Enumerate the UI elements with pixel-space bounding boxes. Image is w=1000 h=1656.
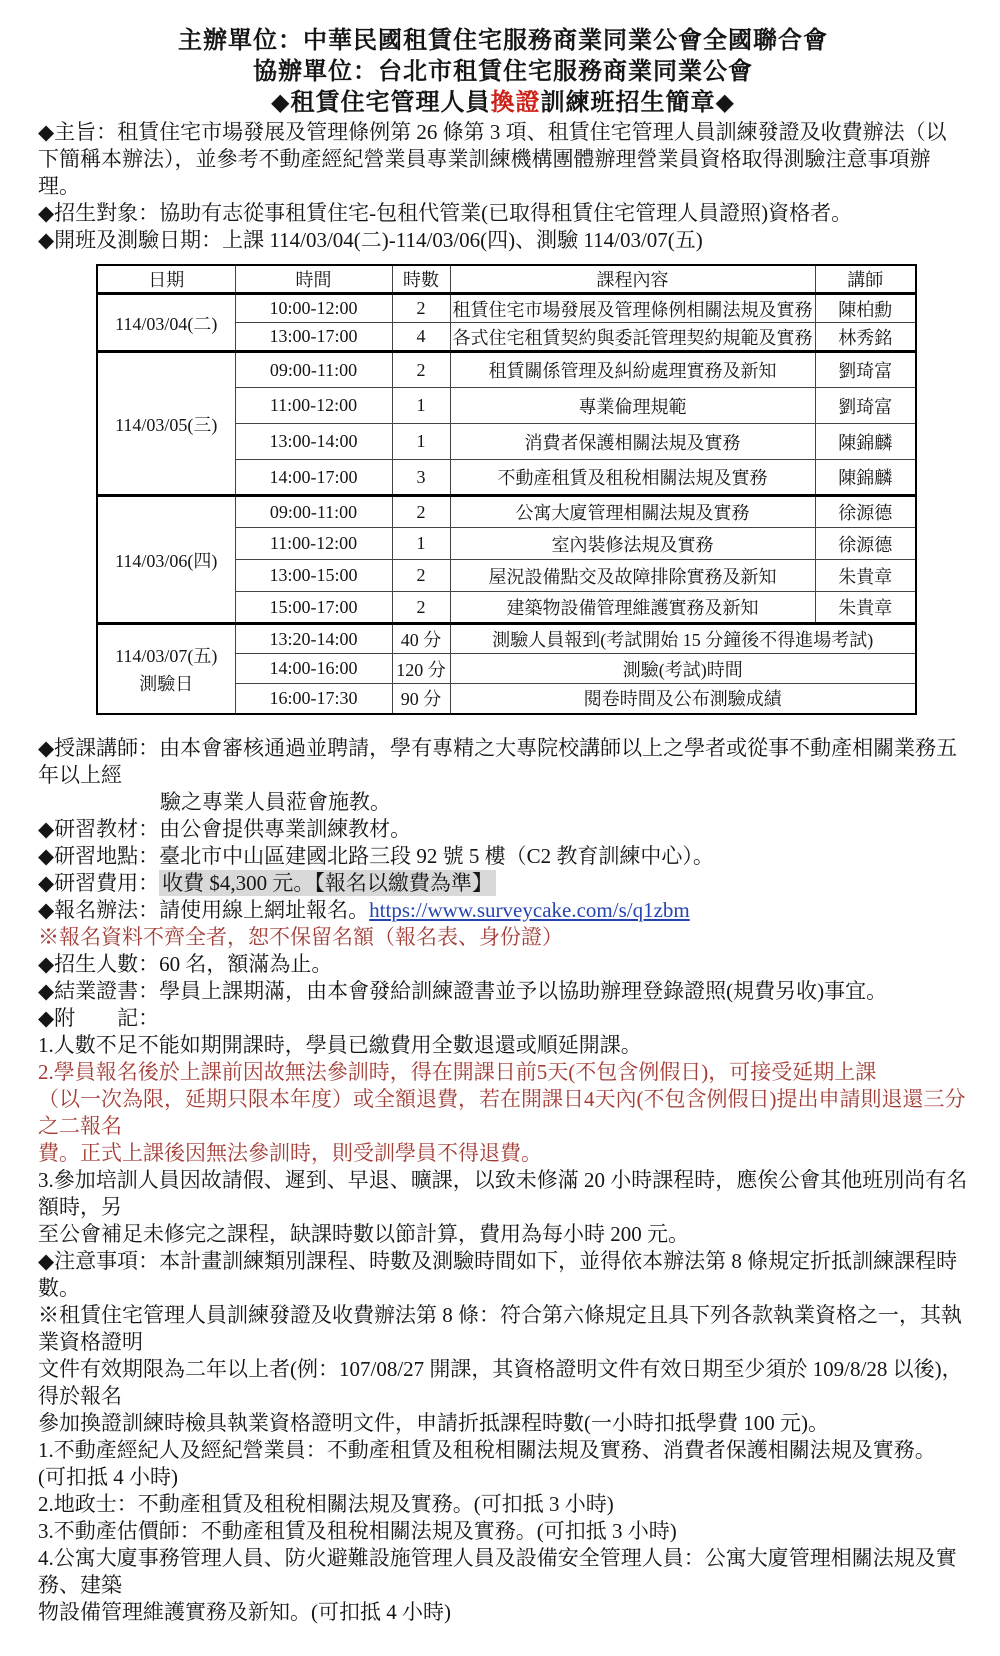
text-segment: ◆授課講師：由本會審核通過並聘請，學有專精之大專院校講師以上之學者或從事不動產相… [38,736,957,787]
cell-time: 13:00-15:00 [235,560,392,592]
warning-text: 2.學員報名後於上課前因故無法參訓時，得在開課日前5天(不包含例假日)，可接受延… [38,1060,876,1084]
text-segment: 驗之專業人員蒞會施教。 [160,790,391,814]
text-line: ◆結業證書：學員上課期滿，由本會發給訓練證書並予以協助辦理登錄證照(規費另收)事… [38,978,968,1005]
page-title: ◆租賃住宅管理人員換證訓練班招生簡章◆ [38,88,968,119]
cell-time: 11:00-12:00 [235,528,392,560]
text-line: ◆招生對象：協助有志從事租賃住宅-包租代管業(已取得租賃住宅管理人員證照)資格者… [38,200,968,227]
date-value: 114/03/04(二) [100,310,233,336]
cell-time: 13:00-14:00 [235,424,392,460]
cell-date: 114/03/06(四) [97,496,235,624]
document-header: 主辦單位：中華民國租賃住宅服務商業同業公會全國聯合會 協辦單位：台北市租賃住宅服… [38,26,968,119]
cell-content: 屋況設備點交及故障排除實務及新知 [450,560,815,592]
cell-hours: 2 [392,294,450,323]
cell-content: 室內裝修法規及實務 [450,528,815,560]
text-line: ◆報名辦法：請使用線上網址報名。https://www.surveycake.c… [38,897,968,924]
para-note-3: 3.參加培訓人員因故請假、遲到、早退、曠課，以致未修滿 20 小時課程時，應俟公… [38,1167,968,1248]
text-segment: 1.人數不足不能如期開課時，學員已繳費用全數退還或順延開課。 [38,1033,642,1057]
title-prefix: ◆租賃住宅管理人員 [271,90,490,116]
text-line: 下簡稱本辦法），並參考不動產經紀營業員專業訓練機構團體辦理營業員資格取得測驗注意… [38,146,968,200]
text-segment: ◆開班及測驗日期：上課 114/03/04(二)-114/03/06(四)、測驗… [38,228,703,252]
text-segment: ◆主旨：租賃住宅市場發展及管理條例第 26 條第 3 項、租賃住宅管理人員訓練發… [38,120,947,144]
date-value: 114/03/06(四) [100,547,233,573]
text-line: ◆附 記： [38,1005,968,1032]
cell-teacher: 朱貴章 [815,560,916,592]
warning-text: ※報名資料不齊全者，恕不保留名額（報名表、身份證） [38,925,563,949]
text-segment: 2.地政士：不動產租賃及租稅相關法規及實務。(可扣抵 3 小時) [38,1492,614,1516]
cell-time: 15:00-17:00 [235,592,392,624]
text-segment: ◆附 記： [38,1006,159,1030]
cell-content: 各式住宅租賃契約與委託管理契約規範及實務 [450,323,815,352]
text-segment: ◆研習教材：由公會提供專業訓練教材。 [38,817,411,841]
text-line: 2.地政士：不動產租賃及租稅相關法規及實務。(可扣抵 3 小時) [38,1491,968,1518]
para-notes-heading: ◆附 記： [38,1005,968,1032]
text-line: ◆研習費用：收費 $4,300 元。【報名以繳費為準】 [38,870,968,897]
text-line: 1.人數不足不能如期開課時，學員已繳費用全數退還或順延開課。 [38,1032,968,1059]
para-attention: ◆注意事項：本計畫訓練類別課程、時數及測驗時間如下，並得依本辦法第 8 條規定折… [38,1248,968,1302]
cell-hours: 2 [392,592,450,624]
course-schedule-table: 日期時間時數課程內容講師 114/03/04(二)10:00-12:002租賃住… [96,264,917,715]
schedule-header-row: 日期時間時數課程內容講師 [97,265,916,294]
text-segment: ◆報名辦法：請使用線上網址報名。 [38,898,369,922]
para-materials: ◆研習教材：由公會提供專業訓練教材。 [38,816,968,843]
cell-teacher: 徐源德 [815,496,916,528]
schedule-group-1: 114/03/04(二)10:00-12:002租賃住宅市場發展及管理條例相關法… [97,294,916,352]
text-segment: ※租賃住宅管理人員訓練發證及收費辦法第 8 條：符合第六條規定且具下列各款執業資… [38,1303,962,1354]
para-dates: ◆開班及測驗日期：上課 114/03/04(二)-114/03/06(四)、測驗… [38,227,968,254]
text-line: 費。正式上課後因無法參訓時，則受訓學員不得退費。 [38,1140,968,1167]
text-line: 文件有效期限為二年以上者(例：107/08/27 開課，其資格證明文件有效日期至… [38,1356,968,1410]
cell-time: 09:00-11:00 [235,352,392,388]
co-organizer-line: 協辦單位：台北市租賃住宅服務商業同業公會 [38,57,968,88]
text-segment: 1.不動產經紀人及經紀營業員：不動產租賃及租稅相關法規及實務、消費者保護相關法規… [38,1438,936,1462]
cell-hours: 40 分 [392,624,450,654]
text-line: 2.學員報名後於上課前因故無法參訓時，得在開課日前5天(不包含例假日)，可接受延… [38,1059,968,1086]
cell-teacher: 劉琦富 [815,388,916,424]
text-segment: 4.公寓大廈事務管理人員、防火避難設施管理人員及設備安全管理人員：公寓大廈管理相… [38,1546,957,1597]
cell-hours: 1 [392,528,450,560]
para-rule-8: ※租賃住宅管理人員訓練發證及收費辦法第 8 條：符合第六條規定且具下列各款執業資… [38,1302,968,1437]
para-location: ◆研習地點：臺北市中山區建國北路三段 92 號 5 樓（C2 教育訓練中心）。 [38,843,968,870]
text-segment: ◆招生對象：協助有志從事租賃住宅-包租代管業(已取得租賃住宅管理人員證照)資格者… [38,201,852,225]
cell-date: 114/03/07(五)測驗日 [97,624,235,714]
para-target: ◆招生對象：協助有志從事租賃住宅-包租代管業(已取得租賃住宅管理人員證照)資格者… [38,200,968,227]
text-segment: ◆招生人數：60 名，額滿為止。 [38,952,332,976]
para-note-2: 2.學員報名後於上課前因故無法參訓時，得在開課日前5天(不包含例假日)，可接受延… [38,1059,968,1167]
text-segment: (可扣抵 4 小時) [38,1465,178,1489]
table-row: 114/03/04(二)10:00-12:002租賃住宅市場發展及管理條例相關法… [97,294,916,323]
cell-time: 13:00-17:00 [235,323,392,352]
col-header-teacher: 講師 [815,265,916,294]
warning-text: （以一次為限，延期只限本年度）或全額退費，若在開課日4天內(不包含例假日)提出申… [38,1087,965,1138]
cell-content: 測驗(考試)時間 [450,654,916,684]
info-paragraphs: ◆授課講師：由本會審核通過並聘請，學有專精之大專院校講師以上之學者或從事不動產相… [38,735,968,1626]
cell-teacher: 陳錦麟 [815,424,916,460]
fee-highlight: 收費 $4,300 元。【報名以繳費為準】 [159,870,496,896]
para-signup: ◆報名辦法：請使用線上網址報名。https://www.surveycake.c… [38,897,968,924]
text-line: 3.參加培訓人員因故請假、遲到、早退、曠課，以致未修滿 20 小時課程時，應俟公… [38,1167,968,1221]
cell-time: 13:20-14:00 [235,624,392,654]
text-line: 參加換證訓練時檢具執業資格證明文件，申請折抵課程時數(一小時扣抵學費 100 元… [38,1410,968,1437]
text-line: ◆開班及測驗日期：上課 114/03/04(二)-114/03/06(四)、測驗… [38,227,968,254]
text-line: ◆研習教材：由公會提供專業訓練教材。 [38,816,968,843]
col-header-hours: 時數 [392,265,450,294]
text-line: 物設備管理維護實務及新知。(可扣抵 4 小時) [38,1599,968,1626]
organizer-line: 主辦單位：中華民國租賃住宅服務商業同業公會全國聯合會 [38,26,968,57]
table-row: 114/03/06(四)09:00-11:002公寓大廈管理相關法規及實務徐源德 [97,496,916,528]
text-line: （以一次為限，延期只限本年度）或全額退費，若在開課日4天內(不包含例假日)提出申… [38,1086,968,1140]
para-note-1: 1.人數不足不能如期開課時，學員已繳費用全數退還或順延開課。 [38,1032,968,1059]
cell-hours: 1 [392,388,450,424]
cell-content: 租賃關係管理及糾紛處理實務及新知 [450,352,815,388]
signup-link[interactable]: https://www.surveycake.com/s/q1zbm [369,898,690,922]
text-line: ◆招生人數：60 名，額滿為止。 [38,951,968,978]
cell-content: 公寓大廈管理相關法規及實務 [450,496,815,528]
para-certificate: ◆結業證書：學員上課期滿，由本會發給訓練證書並予以協助辦理登錄證照(規費另收)事… [38,978,968,1005]
cell-time: 09:00-11:00 [235,496,392,528]
col-header-date: 日期 [97,265,235,294]
text-segment: ◆結業證書：學員上課期滿，由本會發給訓練證書並予以協助辦理登錄證照(規費另收)事… [38,979,887,1003]
para-quota: ◆招生人數：60 名，額滿為止。 [38,951,968,978]
cell-teacher: 朱貴章 [815,592,916,624]
cell-hours: 2 [392,496,450,528]
cell-hours: 1 [392,424,450,460]
text-line: ◆研習地點：臺北市中山區建國北路三段 92 號 5 樓（C2 教育訓練中心）。 [38,843,968,870]
title-highlight-recert: 換證 [491,90,541,116]
date-value: 114/03/07(五) [100,642,233,668]
cell-content: 租賃住宅市場發展及管理條例相關法規及實務 [450,294,815,323]
cell-content: 消費者保護相關法規及實務 [450,424,815,460]
text-line: ◆主旨：租賃住宅市場發展及管理條例第 26 條第 3 項、租賃住宅管理人員訓練發… [38,119,968,146]
cell-date-note: 測驗日 [100,670,233,696]
para-fee: ◆研習費用：收費 $4,300 元。【報名以繳費為準】 [38,870,968,897]
cell-time: 10:00-12:00 [235,294,392,323]
text-segment: ◆研習費用： [38,871,159,895]
table-row: 日期時間時數課程內容講師 [97,265,916,294]
text-line: 驗之專業人員蒞會施教。 [38,789,968,816]
col-header-content: 課程內容 [450,265,815,294]
cell-teacher: 陳柏勳 [815,294,916,323]
cell-content: 不動產租賃及租稅相關法規及實務 [450,460,815,496]
para-signup-note: ※報名資料不齊全者，恕不保留名額（報名表、身份證） [38,924,968,951]
text-line: ※報名資料不齊全者，恕不保留名額（報名表、身份證） [38,924,968,951]
text-segment: 物設備管理維護實務及新知。(可扣抵 4 小時) [38,1600,451,1624]
table-row: 114/03/07(五)測驗日13:20-14:0040 分測驗人員報到(考試開… [97,624,916,654]
cell-time: 11:00-12:00 [235,388,392,424]
cell-hours: 3 [392,460,450,496]
warning-text: 費。正式上課後因無法參訓時，則受訓學員不得退費。 [38,1141,542,1165]
cell-hours: 120 分 [392,654,450,684]
cell-time: 14:00-17:00 [235,460,392,496]
text-line: ◆注意事項：本計畫訓練類別課程、時數及測驗時間如下，並得依本辦法第 8 條規定折… [38,1248,968,1302]
cell-hours: 4 [392,323,450,352]
text-segment: 3.參加培訓人員因故請假、遲到、早退、曠課，以致未修滿 20 小時課程時，應俟公… [38,1168,967,1219]
para-credit-3: 3.不動產估價師：不動產租賃及租稅相關法規及實務。(可扣抵 3 小時) [38,1518,968,1545]
text-segment: 至公會補足未修完之課程，缺課時數以節計算，費用為每小時 200 元。 [38,1222,689,1246]
text-segment: 參加換證訓練時檢具執業資格證明文件，申請折抵課程時數(一小時扣抵學費 100 元… [38,1411,829,1435]
text-line: ◆授課講師：由本會審核通過並聘請，學有專精之大專院校講師以上之學者或從事不動產相… [38,735,968,789]
cell-content: 閱卷時間及公布測驗成績 [450,684,916,714]
cell-teacher: 徐源德 [815,528,916,560]
text-segment: ◆注意事項：本計畫訓練類別課程、時數及測驗時間如下，並得依本辦法第 8 條規定折… [38,1249,957,1300]
intro-paragraphs: ◆主旨：租賃住宅市場發展及管理條例第 26 條第 3 項、租賃住宅管理人員訓練發… [38,119,968,254]
cell-time: 14:00-16:00 [235,654,392,684]
cell-teacher: 陳錦麟 [815,460,916,496]
cell-hours: 2 [392,352,450,388]
para-credit-4: 4.公寓大廈事務管理人員、防火避難設施管理人員及設備安全管理人員：公寓大廈管理相… [38,1545,968,1626]
para-credit-2: 2.地政士：不動產租賃及租稅相關法規及實務。(可扣抵 3 小時) [38,1491,968,1518]
text-segment: 3.不動產估價師：不動產租賃及租稅相關法規及實務。(可扣抵 3 小時) [38,1519,677,1543]
cell-hours: 90 分 [392,684,450,714]
text-segment: 文件有效期限為二年以上者(例：107/08/27 開課，其資格證明文件有效日期至… [38,1357,963,1408]
text-segment: ◆研習地點：臺北市中山區建國北路三段 92 號 5 樓（C2 教育訓練中心）。 [38,844,714,868]
text-line: ※租賃住宅管理人員訓練發證及收費辦法第 8 條：符合第六條規定且具下列各款執業資… [38,1302,968,1356]
para-lecturers: ◆授課講師：由本會審核通過並聘請，學有專精之大專院校講師以上之學者或從事不動產相… [38,735,968,816]
cell-hours: 2 [392,560,450,592]
text-line: 4.公寓大廈事務管理人員、防火避難設施管理人員及設備安全管理人員：公寓大廈管理相… [38,1545,968,1599]
para-credit-1: 1.不動產經紀人及經紀營業員：不動產租賃及租稅相關法規及實務、消費者保護相關法規… [38,1437,968,1491]
recruitment-brochure: 主辦單位：中華民國租賃住宅服務商業同業公會全國聯合會 協辦單位：台北市租賃住宅服… [0,0,1000,1656]
cell-content: 建築物設備管理維護實務及新知 [450,592,815,624]
title-suffix: 訓練班招生簡章◆ [541,90,735,116]
cell-content: 測驗人員報到(考試開始 15 分鐘後不得進場考試) [450,624,916,654]
cell-teacher: 劉琦富 [815,352,916,388]
para-purpose: ◆主旨：租賃住宅市場發展及管理條例第 26 條第 3 項、租賃住宅管理人員訓練發… [38,119,968,200]
schedule-group-4: 114/03/07(五)測驗日13:20-14:0040 分測驗人員報到(考試開… [97,624,916,714]
cell-teacher: 林秀銘 [815,323,916,352]
text-line: 至公會補足未修完之課程，缺課時數以節計算，費用為每小時 200 元。 [38,1221,968,1248]
cell-time: 16:00-17:30 [235,684,392,714]
cell-content: 專業倫理規範 [450,388,815,424]
text-line: 1.不動產經紀人及經紀營業員：不動產租賃及租稅相關法規及實務、消費者保護相關法規… [38,1437,968,1464]
cell-date: 114/03/05(三) [97,352,235,496]
date-value: 114/03/05(三) [100,411,233,437]
text-line: (可扣抵 4 小時) [38,1464,968,1491]
schedule-group-3: 114/03/06(四)09:00-11:002公寓大廈管理相關法規及實務徐源德… [97,496,916,624]
col-header-time: 時間 [235,265,392,294]
schedule-group-2: 114/03/05(三)09:00-11:002租賃關係管理及糾紛處理實務及新知… [97,352,916,496]
table-row: 114/03/05(三)09:00-11:002租賃關係管理及糾紛處理實務及新知… [97,352,916,388]
cell-date: 114/03/04(二) [97,294,235,352]
text-line: 3.不動產估價師：不動產租賃及租稅相關法規及實務。(可扣抵 3 小時) [38,1518,968,1545]
text-segment: 下簡稱本辦法），並參考不動產經紀營業員專業訓練機構團體辦理營業員資格取得測驗注意… [38,147,931,198]
